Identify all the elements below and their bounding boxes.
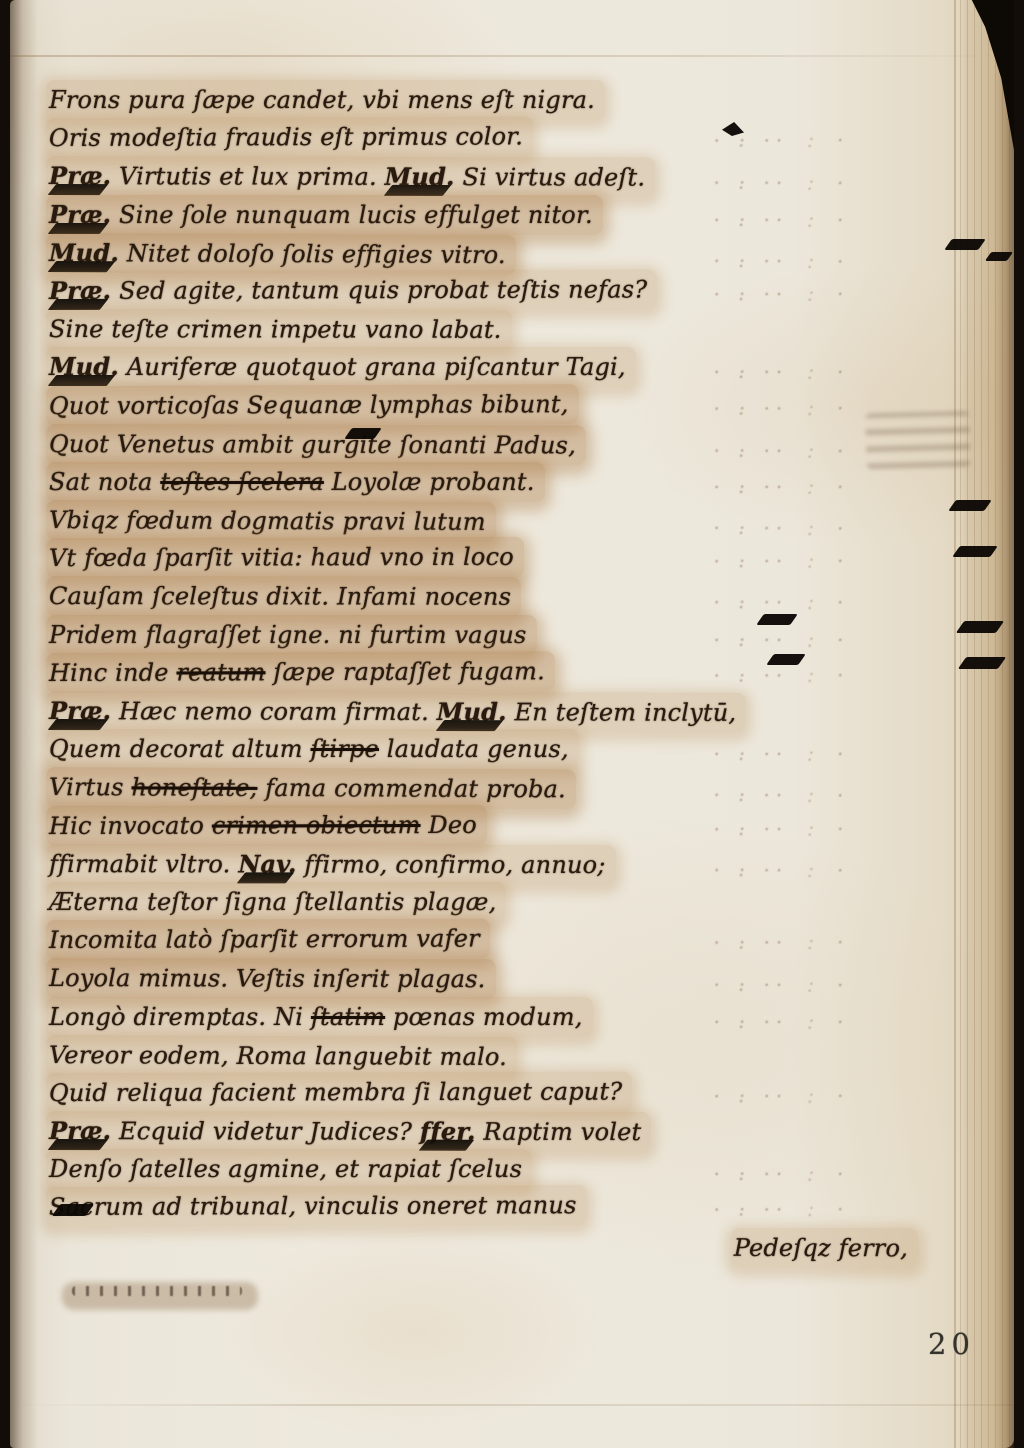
verse-text: Oris modeſtia fraudis eſt primus color. [49,123,523,153]
verse-text: Æterna teſtor ſigna ſtellantis plagæ, [49,888,496,916]
manuscript-line: Vt fœda ſparſit vitia: haud vno in loco [46,536,992,577]
verse-text: Vbiqz fœdum dogmatis pravi lutum [49,506,486,536]
line-text: Mud. Nitet doloſo ſolis effigies vitro. [46,233,516,275]
line-text: Mud. Auriferæ quotquot grana piſcantur T… [46,347,636,387]
verse-text: Si virtus adeſt. [455,163,646,191]
ink-blot [956,621,1004,633]
speaker-label: Præ. [49,692,111,730]
manuscript-line: Pedeſqz ferro, [46,1226,992,1267]
ink-blot [948,500,992,511]
verse-text: Sine teſte crimen impetu vano labat. [49,315,502,344]
line-text: Quid reliqua facient membra ſi languet c… [46,1071,632,1113]
manuscript-line: Denſo ſatelles agmine, et rapiat ſcelus [46,1149,992,1187]
manuscript-line: Hic invocato crimen obiectum Deo [46,803,992,844]
verse-text: Denſo ſatelles agmine, et rapiat ſcelus [49,1155,522,1183]
manuscript-line: Hinc inde reatum ſæpe raptaſſet fugam. [46,650,992,691]
speaker-label: Mud. [49,234,119,273]
verse-text: Longò diremptas. Ni [49,1003,311,1031]
verse-text: Hic invocato [49,811,212,839]
speaker-label: Præ. [49,157,111,195]
struck-text: honeſtate, [131,774,257,803]
struck-text: reatum [176,658,265,686]
manuscript-line: Præ. Ecquid videtur Judices? ffer. Rapti… [46,1111,992,1151]
manuscript-line: Præ. Virtutis et lux prima. Mud. Si virt… [46,156,992,197]
line-text: Cauſam ſceleſtus dixit. Infami nocens [46,576,521,617]
line-text: Vereor eodem, Roma languebit malo. [46,1035,517,1077]
bottom-fold-line [10,1404,1014,1406]
manuscript-line: Cauſam ſceleſtus dixit. Infami nocens [46,576,992,616]
line-text: Hinc inde reatum ſæpe raptaſſet fugam. [46,651,555,693]
line-text: Sacrum ad tribunal, vinculis oneret manu… [46,1186,587,1228]
verse-text: Hæc nemo coram firmat. [111,697,437,726]
manuscript-line: Quot vorticoſas Sequanæ lymphas bibunt, [46,382,992,423]
verse-text: Ecquid videtur Judices? [111,1117,420,1146]
manuscript-line: Quot Venetus ambit gurgite ſonanti Padus… [46,424,992,465]
manuscript-line: Sat nota teſtes ſcelera Loyolæ probant. [46,462,992,500]
line-text: Hic invocato crimen obiectum Deo [46,804,487,845]
line-text: Frons pura ſæpe candet, vbi mens eſt nig… [46,80,605,120]
verse-text: Pedeſqz ferro, [734,1233,908,1261]
manuscript-line: Præ. Sine ſole nunquam lucis effulget ni… [46,195,992,233]
speaker-label: Mud. [49,348,119,386]
verse-text: Quem decorat altum [49,735,311,763]
line-text: Virtus honeſtate, fama commendat proba. [46,767,576,810]
binding-gutter-shadow [10,0,38,1448]
verse-text: Nitet doloſo ſolis effigies vitro. [119,239,506,269]
ink-blot [958,657,1006,669]
line-text: Sat nota teſtes ſcelera Loyolæ probant. [46,462,545,502]
verse-text: Vt fœda ſparſit vitia: haud vno in loco [49,543,514,572]
line-text: Æterna teſtor ſigna ſtellantis plagæ, [46,882,506,922]
verse-text: Sine ſole nunquam lucis effulget nitor. [111,201,593,229]
verse-text: En teſtem inclytū, [507,698,737,727]
verse-text: Sed agite, tantum quis probat teſtis nef… [111,275,647,304]
line-text: Pridem flagraſſet igne. ni furtim vagus [46,615,537,655]
verse-text: Sacrum ad tribunal, vinculis oneret manu… [49,1192,577,1222]
line-text: Loyola mimus. Veſtis inſerit plagas. [46,958,496,999]
speaker-label: Præ. [49,196,111,234]
top-fold-line [10,55,1014,57]
line-text: Præ. Ecquid videtur Judices? ffer. Rapti… [46,1111,651,1152]
manuscript-line: Quid reliqua facient membra ſi languet c… [46,1070,992,1111]
manuscript-line: ffirmabit vltro. Nav. ffirmo, confirmo, … [46,844,992,884]
struck-text: teſtes ſcelera [160,468,324,496]
struck-text: crimen obiectum [212,811,421,840]
manuscript-line: Sacrum ad tribunal, vinculis oneret manu… [46,1184,992,1225]
line-text: Pedeſqz ferro, [731,1227,918,1268]
speaker-label: Præ. [49,272,111,310]
verse-text: Auriferæ quotquot grana piſcantur Tagi, [119,353,626,381]
manuscript-line: Mud. Auriferæ quotquot grana piſcantur T… [46,347,992,385]
verse-text: Deo [420,810,476,838]
line-text: Præ. Hæc nemo coram firmat. Mud. En teſt… [46,691,746,733]
speaker-label: ffer. [420,1113,476,1151]
verse-text: Loyolæ probant. [324,468,535,496]
manuscript-line: Incomita latò ſparſit errorum vafer [46,917,992,958]
line-text: Longò diremptas. Ni ſtatim pœnas modum, [46,997,593,1037]
speaker-label: Præ. [49,1112,111,1150]
line-text: Præ. Sed agite, tantum quis probat teſti… [46,269,657,311]
manuscript-line: Loyola mimus. Veſtis inſerit plagas. [46,958,992,999]
verse-text: Quot vorticoſas Sequanæ lymphas bibunt, [49,390,569,420]
manuscript-line: Pridem flagraſſet igne. ni furtim vagus [46,615,992,653]
line-text: Quot vorticoſas Sequanæ lymphas bibunt, [46,384,579,426]
verse-text: Incomita latò ſparſit errorum vafer [49,925,480,955]
verse-text: laudata genus, [379,735,569,763]
struck-text: ſtirpe [311,735,379,763]
line-text: Præ. Sine ſole nunquam lucis effulget ni… [46,195,603,235]
verse-text: fama commendat proba. [257,774,566,803]
manuscript-line: Longò diremptas. Ni ſtatim pœnas modum, [46,997,992,1035]
verse-text: Virtus [49,773,132,801]
manuscript-line: Sine teſte crimen impetu vano labat. [46,309,992,349]
verse-text: Sat nota [49,468,160,496]
stain-specks [72,1286,242,1296]
verse-text: Quid reliqua facient membra ſi languet c… [49,1077,622,1107]
speaker-label: Nav. [238,845,296,883]
verse-text: Loyola mimus. Veſtis inſerit plagas. [49,964,486,993]
verse-text: Raptim volet [476,1118,642,1146]
verse-text: Quot Venetus ambit gurgite ſonanti Padus… [49,430,576,459]
line-text: Quem decorat altum ſtirpe laudata genus, [46,729,579,769]
line-text: Quot Venetus ambit gurgite ſonanti Padus… [46,424,586,466]
line-text: Denſo ſatelles agmine, et rapiat ſcelus [46,1149,532,1189]
struck-text: ſtatim [311,1003,385,1031]
manuscript-line: Frons pura ſæpe candet, vbi mens eſt nig… [46,80,992,118]
manuscript-line: Æterna teſtor ſigna ſtellantis plagæ, [46,882,992,920]
line-text: Vbiqz fœdum dogmatis pravi lutum [46,500,496,542]
line-text: Sine teſte crimen impetu vano labat. [46,309,512,350]
bleed-through-text [865,411,970,470]
verse-text: ffirmabit vltro. [49,850,238,878]
verse-text: ſæpe raptaſſet fugam. [265,657,545,686]
line-text: Incomita latò ſparſit errorum vafer [46,919,490,961]
speaker-label: Mud. [437,693,507,731]
manuscript-line: Quem decorat altum ſtirpe laudata genus, [46,729,992,767]
manuscript-line: Præ. Hæc nemo coram firmat. Mud. En teſt… [46,691,992,732]
verse-text: Hinc inde [49,658,177,686]
line-text: Vt fœda ſparſit vitia: haud vno in loco [46,537,524,578]
manuscript-line: Oris modeſtia fraudis eſt primus color. [46,115,992,156]
manuscript-page: Frons pura ſæpe candet, vbi mens eſt nig… [10,0,1014,1448]
verse-text: Frons pura ſæpe candet, vbi mens eſt nig… [49,86,595,114]
manuscript-text-block: Frons pura ſæpe candet, vbi mens eſt nig… [46,80,992,1264]
line-text: ffirmabit vltro. Nav. ffirmo, confirmo, … [46,844,616,885]
line-text: Oris modeſtia fraudis eſt primus color. [46,116,533,158]
verse-text: Vereor eodem, Roma languebit malo. [49,1041,507,1071]
verse-text: Virtutis et lux prima. [111,163,385,192]
line-text: Præ. Virtutis et lux prima. Mud. Si virt… [46,156,655,198]
verse-text: pœnas modum, [385,1003,582,1031]
page-number-stamp: 20 [928,1330,975,1359]
verse-text: Cauſam ſceleſtus dixit. Infami nocens [49,582,511,611]
ink-blot [952,546,998,557]
manuscript-line: Præ. Sed agite, tantum quis probat teſti… [46,268,992,309]
verse-text: Pridem flagraſſet igne. ni furtim vagus [49,621,527,649]
speaker-label: Mud. [385,158,455,196]
verse-text: ffirmo, confirmo, annuo; [297,850,606,879]
